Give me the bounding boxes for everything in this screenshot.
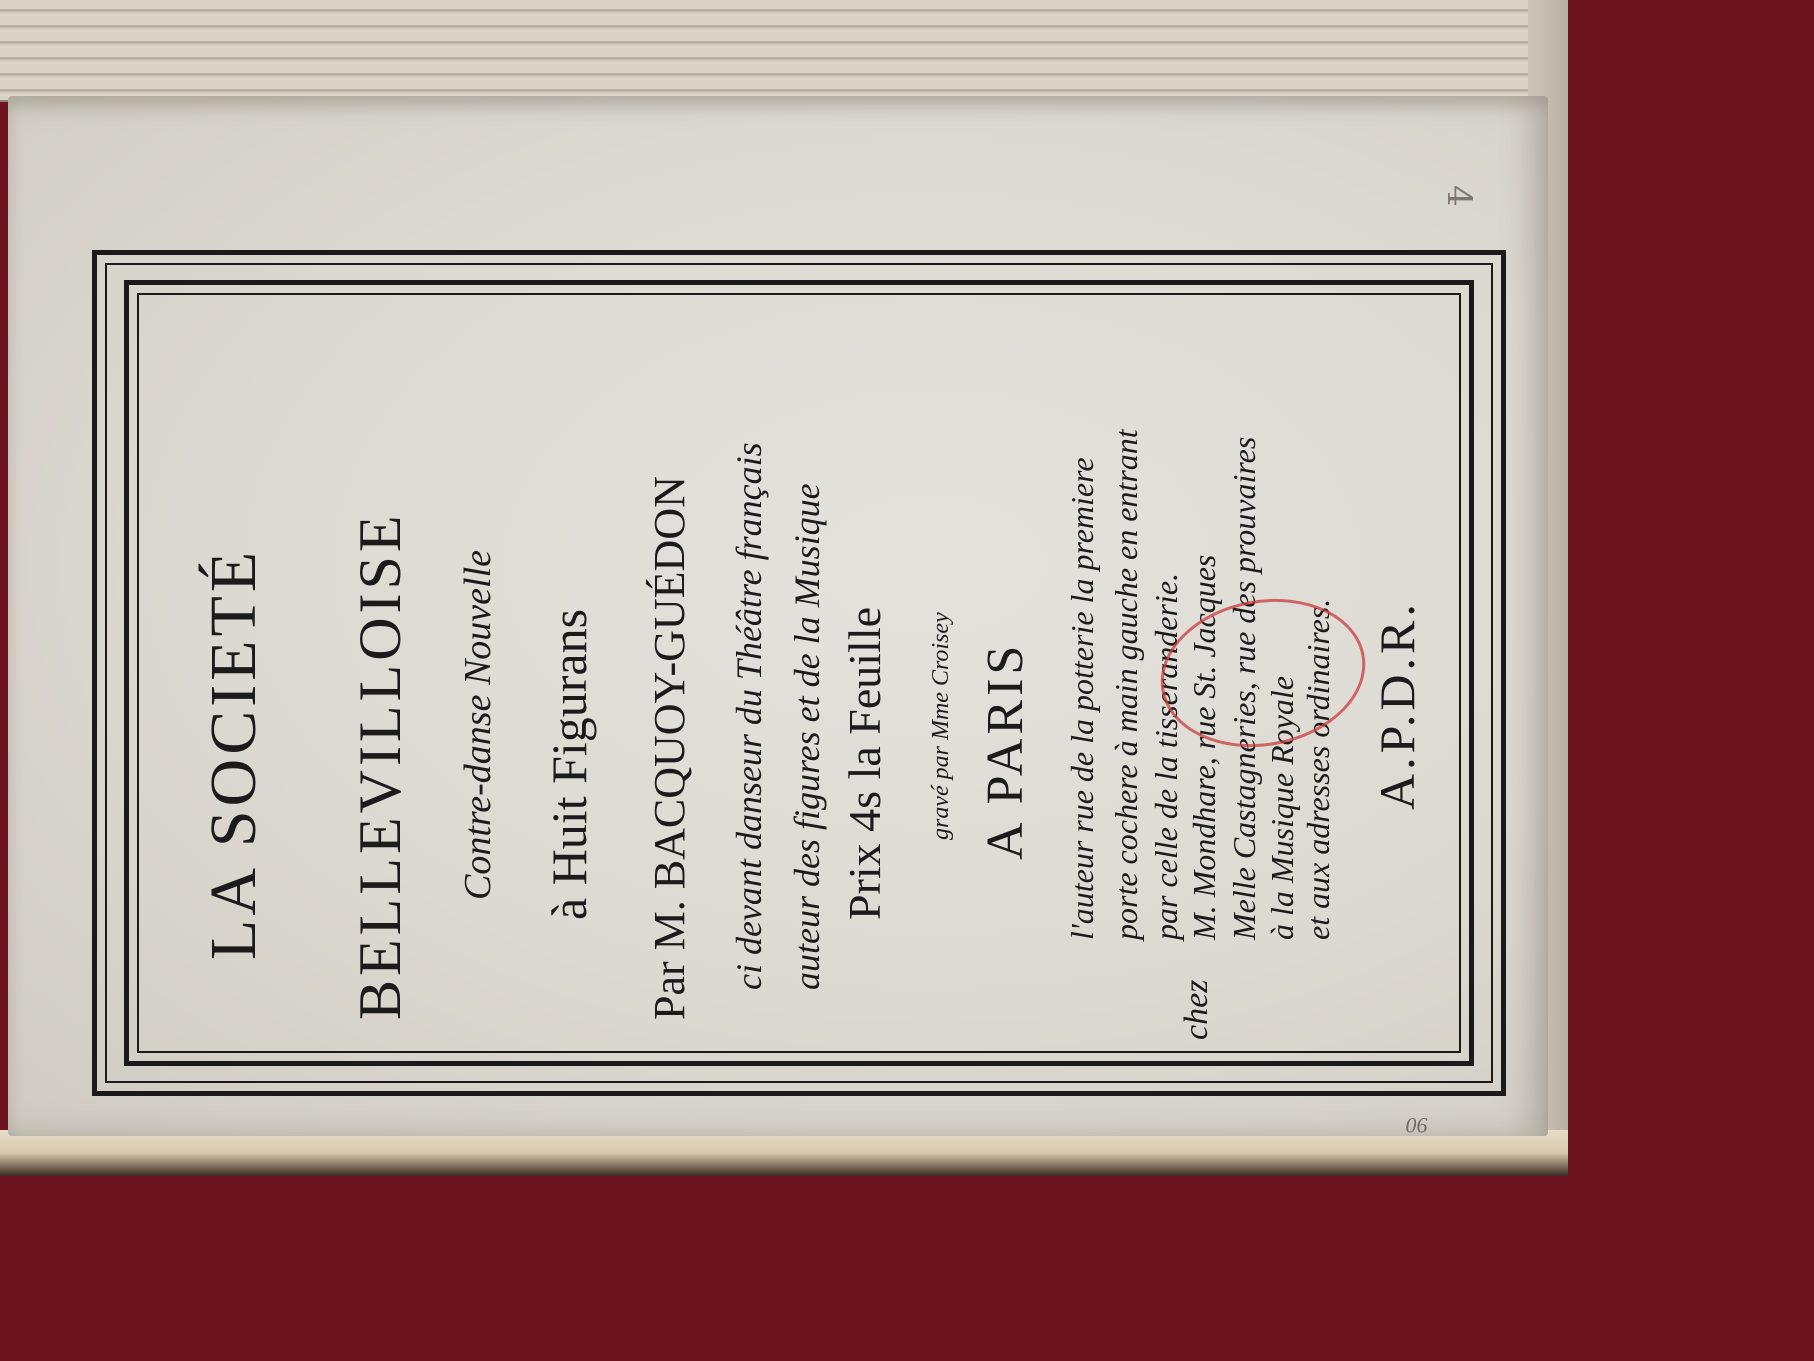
author-role-2: auteur des figures et de la Musique (786, 483, 828, 990)
subtitle: Contre-danse Nouvelle (456, 550, 500, 900)
privilege-line: A.P.D.R. (1368, 600, 1426, 810)
page-edges-stack (0, 0, 1568, 102)
corner-mark: 4 (1439, 185, 1479, 207)
price-line: Prix 4s la Feuille (838, 607, 891, 920)
engraver-line: gravé par Mme Croisey (928, 612, 955, 840)
author-line: Par M. BACQUOY-GUÉDON (644, 476, 695, 1020)
author-role-1: ci devant danseur du Théâtre français (728, 442, 770, 990)
title-line-1: LA SOCIETÉ (196, 548, 272, 960)
place-line: A PARIS (976, 642, 1035, 860)
page-number: 90 (1406, 1112, 1428, 1138)
address-line-1: l'auteur rue de la potterie la premiere (1064, 457, 1101, 940)
address-line-2: porte cochere à main gauche en entrant (1108, 429, 1145, 940)
address-prefix: chez (1178, 980, 1216, 1040)
address-line-3: par celle de la tisseranderie. (1148, 573, 1185, 940)
book-bottom-edge (0, 1130, 1568, 1176)
figures-line: à Huit Figurans (540, 609, 598, 920)
title-line-2: BELLEVILLOISE (346, 511, 415, 1020)
